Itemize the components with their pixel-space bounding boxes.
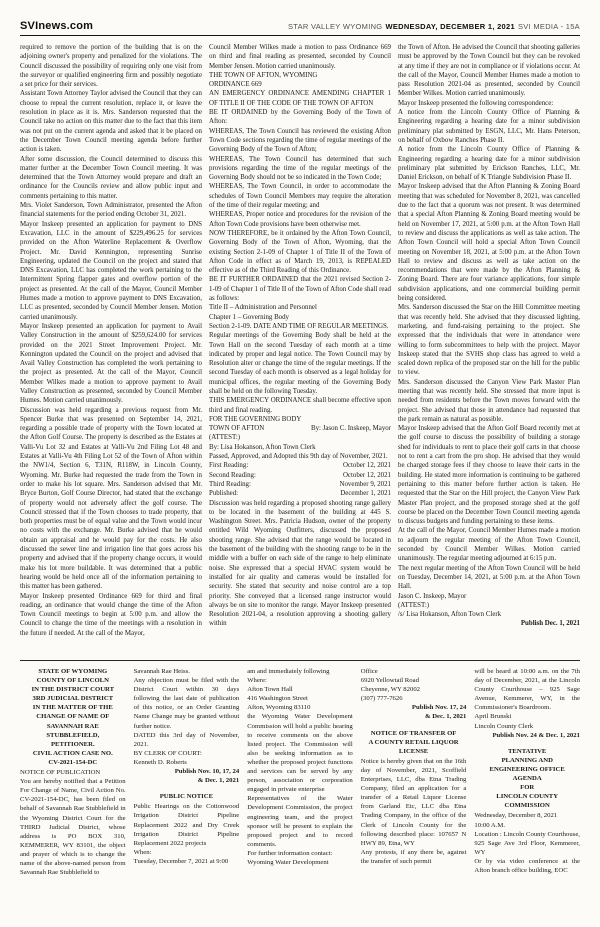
paragraph: Kenneth D. Roberts xyxy=(134,758,240,767)
paragraph: Mrs. Violet Sanderson, Town Administrato… xyxy=(20,201,202,220)
paragraph: AN EMERGENCY ORDINANCE AMENDING CHAPTER … xyxy=(209,89,391,108)
dateline: STAR VALLEY WYOMINGWEDNESDAY, DECEMBER 1… xyxy=(288,22,580,31)
paragraph: Cheyenne, WY 82002 xyxy=(361,685,467,694)
paragraph: For further information contact: xyxy=(247,849,353,858)
paragraph: NOTICE OF PUBLICATION xyxy=(20,768,126,777)
paragraph: /s/ Lisa Hokanson, Afton Town Clerk xyxy=(398,610,580,619)
paragraph: Location : Lincoln County Courthouse, 92… xyxy=(474,830,580,857)
paragraph: WHEREAS, Proper notice and procedures fo… xyxy=(209,210,391,229)
council-minutes-article: required to remove the portion of the bu… xyxy=(20,43,580,655)
paragraph: At the call of the Mayor, Council Member… xyxy=(398,526,580,563)
paragraph: Afton, Wyoming 83110 xyxy=(247,703,353,712)
paragraph: Savannah Rae Heiss. xyxy=(134,667,240,676)
paragraph: You are hereby notified that a Petition … xyxy=(20,777,126,877)
publish-line: Publish Dec. 1, 2021 xyxy=(398,619,580,628)
paragraph: Afton Town Hall xyxy=(247,685,353,694)
ledger-line: First Reading:October 12, 2021 xyxy=(209,461,391,470)
publish-line: Publish Nov. 10, 17, 24 & Dec. 1, 2021 xyxy=(134,767,240,785)
paragraph: Discussion was held regarding a proposed… xyxy=(209,499,391,629)
publish-line: Publish Nov. 17, 24 & Dec. 1, 2021 xyxy=(361,703,467,721)
paragraph: 416 Washington Street xyxy=(247,694,353,703)
paragraph: Section 2-1-09. DATE AND TIME OF REGULAR… xyxy=(209,322,391,331)
paragraph: the Wyoming Water Development Commission… xyxy=(247,712,353,794)
paragraph: Council Member Wilkes made a motion to p… xyxy=(209,43,391,71)
paragraph: Mayor Inskeep presented an application f… xyxy=(20,220,202,322)
paragraph: Wednesday, December 8, 2021 xyxy=(474,811,580,820)
notice-heading: PUBLIC NOTICE xyxy=(134,792,240,801)
paragraph: WHEREAS, The Town Council, in order to a… xyxy=(209,182,391,210)
article-column-1: required to remove the portion of the bu… xyxy=(20,43,202,655)
notice-heading: NOTICE OF TRANSFER OF A COUNTY RETAIL LI… xyxy=(361,729,467,756)
paragraph: By: Lisa Hokanson, Afton Town Clerk xyxy=(209,443,391,452)
paragraph: (307) 777-7626 xyxy=(361,694,467,703)
paragraph: BE IT FURTHER ORDAINED that the 2021 rev… xyxy=(209,275,391,303)
site-name: SVInews.com xyxy=(20,20,93,32)
paragraph: The next regular meeting of the Afton To… xyxy=(398,564,580,592)
paragraph: FOR THE GOVERNING BODY xyxy=(209,415,391,424)
ledger-line: TOWN OF AFTONBy: Jason C. Inskeep, Mayor xyxy=(209,424,391,433)
paragraph: Mayor Inskeep presented the following co… xyxy=(398,99,580,108)
ledger-line: Second Reading:October 12, 2021 xyxy=(209,471,391,480)
notice-column-1: STATE OF WYOMING COUNTY OF LINCOLN IN TH… xyxy=(20,667,126,909)
paragraph: Passed, Approved, and Adopted this 9th d… xyxy=(209,452,391,461)
paragraph: Title II – Administration and Personnel xyxy=(209,303,391,312)
paragraph: A notice from the Lincoln County Office … xyxy=(398,108,580,145)
paragraph: DATED this 3rd day of November, 2021. xyxy=(134,731,240,749)
paragraph: Representatives of the Water Development… xyxy=(247,794,353,849)
paragraph: Discussion was held regarding a previous… xyxy=(20,406,202,592)
paragraph: Mayor Inskeep presented Ordinance 669 fo… xyxy=(20,592,202,638)
paragraph: Mayor Inskeep advised that the Afton Gol… xyxy=(398,424,580,526)
article-column-3: the Town of Afton. He advised the Counci… xyxy=(398,43,580,655)
section-divider xyxy=(20,660,580,661)
paragraph: Or by via video conference at the Afton … xyxy=(474,857,580,875)
dateline-region: STAR VALLEY WYOMING xyxy=(288,22,382,31)
dateline-edition: SVI MEDIA - 15A xyxy=(518,22,580,31)
paragraph: the Town of Afton. He advised the Counci… xyxy=(398,43,580,99)
notice-column-5: will be heard at 10:00 a.m. on the 7th d… xyxy=(474,667,580,909)
paragraph: ORDINANCE 669 xyxy=(209,80,391,89)
ledger-line: Third Reading:November 9, 2021 xyxy=(209,480,391,489)
paragraph: Any protests, if any there be, against t… xyxy=(361,848,467,866)
paragraph: THE TOWN OF AFTON, WYOMING xyxy=(209,71,391,80)
paragraph: April Brunski xyxy=(474,712,580,721)
article-column-2: Council Member Wilkes made a motion to p… xyxy=(209,43,391,655)
paragraph: Mayor Inskeep presented an application f… xyxy=(20,322,202,406)
paragraph: Office xyxy=(361,667,467,676)
ledger-line: Published:December 1, 2021 xyxy=(209,489,391,498)
paragraph: (ATTEST:) xyxy=(398,601,580,610)
paragraph: Jason C. Inskeep, Mayor xyxy=(398,592,580,601)
paragraph: 10:00 A.M. xyxy=(474,821,580,830)
notice-column-2: Savannah Rae Heiss.Any objection must be… xyxy=(134,667,240,909)
paragraph: 6920 Yellowtail Road xyxy=(361,676,467,685)
paragraph: BY CLERK OF COURT: xyxy=(134,749,240,758)
paragraph: Tuesday, December 7, 2021 at 9:00 xyxy=(134,857,240,866)
paragraph: THIS EMERGENCY ORDINANCE shall become ef… xyxy=(209,396,391,415)
paragraph: After some discussion, the Council deter… xyxy=(20,155,202,201)
paragraph: required to remove the portion of the bu… xyxy=(20,43,202,89)
notice-column-4: Office6920 Yellowtail RoadCheyenne, WY 8… xyxy=(361,667,467,909)
notice-heading: STATE OF WYOMING COUNTY OF LINCOLN IN TH… xyxy=(20,667,126,767)
notice-column-3: am and immediately followingWhere:Afton … xyxy=(247,667,353,909)
paragraph: will be heard at 10:00 a.m. on the 7th d… xyxy=(474,667,580,712)
newspaper-page: SVInews.com STAR VALLEY WYOMINGWEDNESDAY… xyxy=(0,0,600,927)
paragraph: (ATTEST:) xyxy=(209,433,391,442)
paragraph: am and immediately following xyxy=(247,667,353,676)
paragraph: WHEREAS, The Town Council has determined… xyxy=(209,155,391,183)
paragraph: Wyoming Water Development xyxy=(247,858,353,867)
paragraph: Mrs. Sanderson discussed the Star on the… xyxy=(398,303,580,377)
masthead: SVInews.com STAR VALLEY WYOMINGWEDNESDAY… xyxy=(20,20,580,36)
notice-heading: TENTATIVE PLANNING AND ENGINEERING OFFIC… xyxy=(474,747,580,811)
paragraph: When: xyxy=(134,848,240,857)
paragraph: Any objection must be filed with the Dis… xyxy=(134,676,240,731)
dateline-date: WEDNESDAY, DECEMBER 1, 2021 xyxy=(385,22,515,31)
paragraph: BE IT ORDAINED by the Governing Body of … xyxy=(209,108,391,127)
paragraph: Regular meetings of the Governing Body s… xyxy=(209,331,391,396)
paragraph: NOW THEREFORE, be it ordained by the Aft… xyxy=(209,229,391,275)
paragraph: A notice from the Lincoln County Office … xyxy=(398,145,580,182)
paragraph: Assistant Town Attorney Taylor advised t… xyxy=(20,89,202,154)
paragraph: Notice is hereby given that on the 16th … xyxy=(361,757,467,848)
paragraph: WHEREAS, The Town Council has reviewed t… xyxy=(209,127,391,155)
public-notices-section: STATE OF WYOMING COUNTY OF LINCOLN IN TH… xyxy=(20,667,580,909)
paragraph: Public Hearings on the Cottonwood Irriga… xyxy=(134,802,240,847)
paragraph: Mrs. Sanderson discussed the Canyon View… xyxy=(398,378,580,424)
publish-line: Publish Nov. 24 & Dec. 1, 2021 xyxy=(474,731,580,740)
paragraph: Lincoln County Clerk xyxy=(474,722,580,731)
paragraph: Mayor Inskeep advised that the Afton Pla… xyxy=(398,182,580,303)
paragraph: Where: xyxy=(247,676,353,685)
paragraph: Chapter 1 – Governing Body xyxy=(209,313,391,322)
